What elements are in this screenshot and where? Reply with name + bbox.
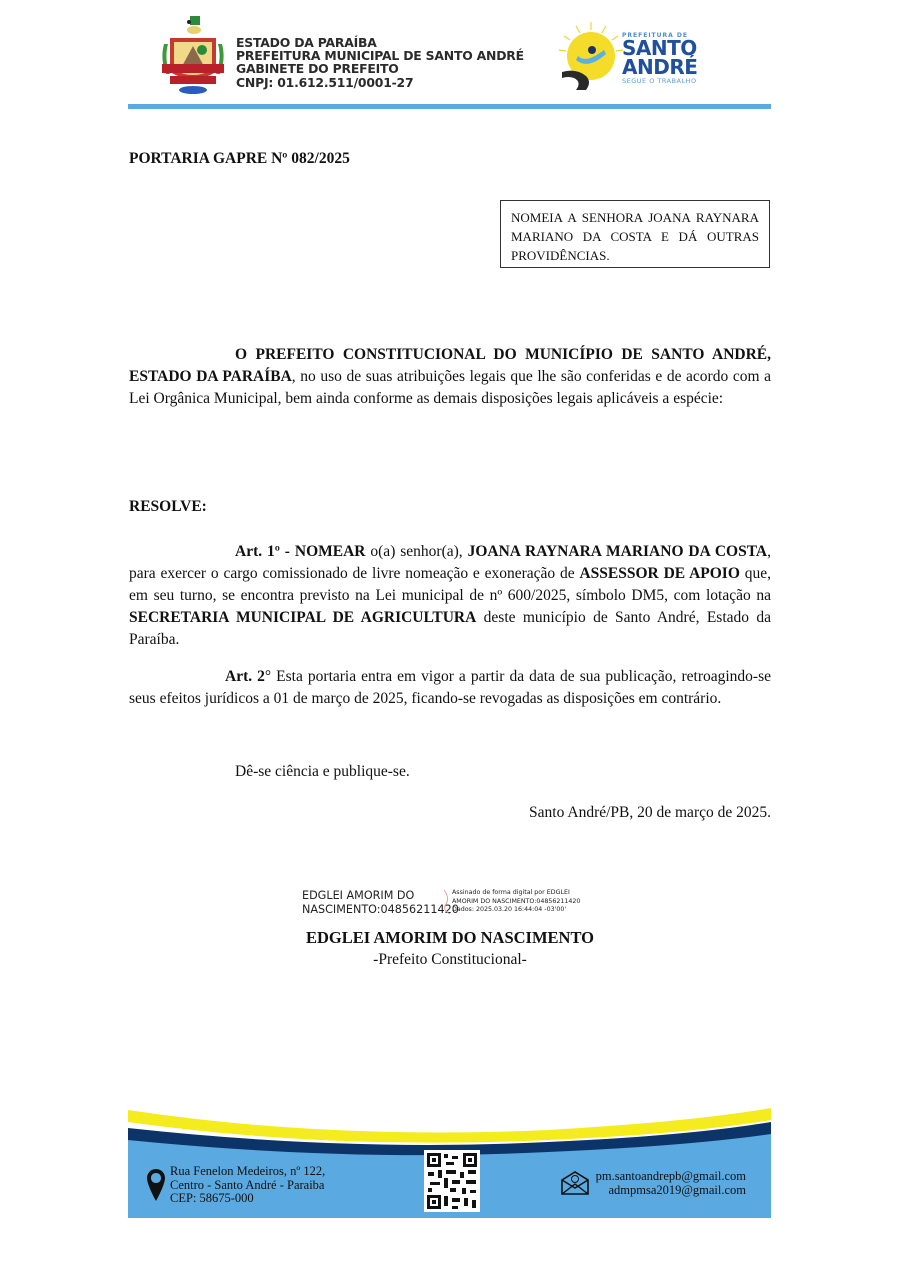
footer-emails: pm.santoandrepb@gmail.com admpmsa2019@gm… <box>580 1170 746 1197</box>
digital-signer-line-2: NASCIMENTO:04856211420 <box>302 903 459 917</box>
appointee-name: JOANA RAYNARA MARIANO DA COSTA <box>468 543 768 560</box>
article-1: Art. 1º - NOMEAR o(a) senhor(a), JOANA R… <box>129 541 771 651</box>
header-gabinete: GABINETE DO PREFEITO <box>236 62 524 75</box>
map-pin-icon <box>146 1168 166 1202</box>
closing-formula: Dê-se ciência e publique-se. <box>129 761 771 783</box>
footer-address: Rua Fenelon Medeiros, nº 122, Centro - S… <box>170 1165 325 1206</box>
digital-info-line-2: AMORIM DO NASCIMENTO:04856211420 <box>452 898 580 907</box>
signer-role: -Prefeito Constitucional- <box>0 951 900 969</box>
logo-wordmark: PREFEITURA DE SANTO ANDRÉ SEGUE O TRABAL… <box>622 32 697 85</box>
secretariat: SECRETARIA MUNICIPAL DE AGRICULTURA <box>129 609 476 626</box>
logo-slogan: SEGUE O TRABALHO <box>622 77 697 85</box>
art2-label: Art. 2 <box>225 668 265 685</box>
resolve-heading: RESOLVE: <box>129 496 771 518</box>
header-cnpj: CNPJ: 01.612.511/0001-27 <box>236 76 524 89</box>
digital-signature-details: Assinado de forma digital por EDGLEI AMO… <box>452 889 580 915</box>
digital-signer-line-1: EDGLEI AMORIM DO <box>302 889 459 903</box>
digital-info-line-1: Assinado de forma digital por EDGLEI <box>452 889 580 898</box>
address-line-1: Rua Fenelon Medeiros, nº 122, <box>170 1165 325 1179</box>
header-divider <box>128 104 771 109</box>
institution-header: ESTADO DA PARAÍBA PREFEITURA MUNICIPAL D… <box>236 36 524 89</box>
coat-of-arms-icon <box>156 14 230 96</box>
digital-info-line-3: Dados: 2025.03.20 16:44:04 -03'00' <box>452 906 580 915</box>
qr-code-icon <box>424 1150 480 1212</box>
email-primary[interactable]: pm.santoandrepb@gmail.com <box>580 1170 746 1184</box>
address-cep: CEP: 58675-000 <box>170 1192 325 1206</box>
place-date: Santo André/PB, 20 de março de 2025. <box>129 802 771 824</box>
digital-signature-name: EDGLEI AMORIM DO NASCIMENTO:04856211420 <box>302 889 459 917</box>
article-2: Art. 2° Esta portaria entra em vigor a p… <box>129 666 771 710</box>
art1-label: Art. 1º - NOMEAR <box>235 543 365 560</box>
logo-andre: ANDRÉ <box>622 58 697 77</box>
address-line-2: Centro - Santo André - Paraiba <box>170 1179 325 1193</box>
position-title: ASSESSOR DE APOIO <box>579 565 739 582</box>
email-secondary[interactable]: admpmsa2019@gmail.com <box>580 1184 746 1198</box>
preamble: O PREFEITO CONSTITUCIONAL DO MUNICÍPIO D… <box>129 344 771 410</box>
portaria-title: PORTARIA GAPRE Nº 082/2025 <box>129 150 350 168</box>
ementa-box: NOMEIA A SENHORA JOANA RAYNARA MARIANO D… <box>500 200 770 268</box>
art1-text-1: o(a) senhor(a), <box>365 543 467 560</box>
signer-name: EDGLEI AMORIM DO NASCIMENTO <box>0 928 900 948</box>
